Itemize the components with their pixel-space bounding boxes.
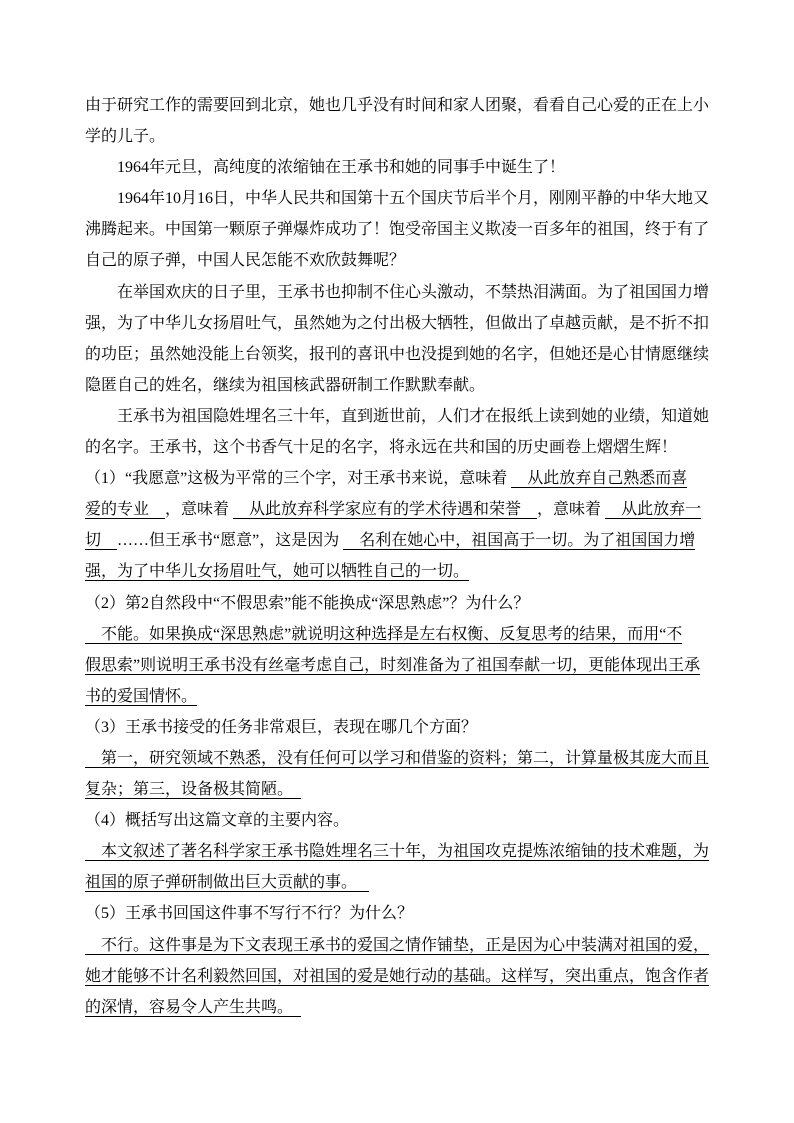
doc-line: 的深情，容易令人产生共鸣。 <box>85 992 713 1023</box>
doc-line: 的功臣；虽然她没能上台领奖，报刊的喜讯中也没提到她的名字，但她还是心甘情愿继续 <box>85 339 713 370</box>
answer-underline-text: 的深情，容易令人产生共鸣。 <box>85 999 301 1017</box>
text-run: 自己的原子弹，中国人民怎能不欢欣鼓舞呢？ <box>85 252 405 269</box>
doc-line: 她才能够不计名利毅然回国，对祖国的爱是她行动的基础。这样写，突出重点，饱含作者 <box>85 961 713 992</box>
doc-line: 祖国的原子弹研制做出巨大贡献的事。 <box>85 867 713 898</box>
doc-line: 自己的原子弹，中国人民怎能不欢欣鼓舞呢？ <box>85 245 713 276</box>
answer-underline-text: 从此放弃一 <box>605 501 701 519</box>
doc-line: 强，为了中华儿女扬眉吐气，虽然她为之付出极大牺牲，但做出了卓越贡献，是不折不扣 <box>85 308 713 339</box>
doc-line: 复杂；第三，设备极其简陋。 <box>85 774 713 805</box>
document-body: 由于研究工作的需要回到北京，她也几乎没有时间和家人团聚，看看自己心爱的正在上小学… <box>85 90 713 1023</box>
doc-line: （2）第2自然段中“不假思索”能不能换成“深思熟虑”？为什么？ <box>85 588 713 619</box>
text-run: 学的儿子。 <box>85 128 165 145</box>
answer-underline-text: 假思索”则说明王承书没有丝毫考虑自己，时刻准备为了祖国奉献一切，更能体现出王承 <box>85 657 700 675</box>
text-run: （2）第2自然段中“不假思索”能不能换成“深思熟虑”？为什么？ <box>85 595 529 612</box>
text-run: 强，为了中华儿女扬眉吐气，虽然她为之付出极大牺牲，但做出了卓越贡献，是不折不扣 <box>85 315 709 332</box>
answer-underline-text: 强，为了中华儿女扬眉吐气，她可以牺牲自己的一切。 <box>85 563 469 581</box>
doc-line: （3）王承书接受的任务非常艰巨，表现在哪几个方面？ <box>85 712 713 743</box>
text-run: ，意味着 <box>165 501 233 518</box>
doc-line: 学的儿子。 <box>85 121 713 152</box>
doc-line: 1964年10月16日，中华人民共和国第十五个国庆节后半个月，刚刚平静的中华大地… <box>85 183 713 214</box>
doc-line: （4）概括写出这篇文章的主要内容。 <box>85 805 713 836</box>
doc-line: 爱的专业 ，意味着 从此放弃科学家应有的学术待遇和荣誉 ，意味着 从此放弃一 <box>85 494 713 525</box>
doc-line: 书的爱国情怀。 <box>85 681 713 712</box>
text-run: （3）王承书接受的任务非常艰巨，表现在哪几个方面？ <box>85 719 477 736</box>
answer-underline-text: 不能。如果换成“深思熟虑”就说明这种选择是左右权衡、反复思考的结果，而用“不 <box>85 626 682 644</box>
answer-underline-text: 祖国的原子弹研制做出巨大贡献的事。 <box>85 874 369 892</box>
answer-underline-text: 第一，研究领域不熟悉，没有任何可以学习和借鉴的资料；第二，计算量极其庞大而且 <box>85 750 709 768</box>
answer-underline-text: 名利在她心中，祖国高于一切。为了祖国国力增 <box>343 532 695 550</box>
doc-line: 王承书为祖国隐姓埋名三十年，直到逝世前，人们才在报纸上读到她的业绩，知道她 <box>85 401 713 432</box>
doc-line: 的名字。王承书，这个书香气十足的名字，将永远在共和国的历史画卷上熠熠生辉！ <box>85 432 713 463</box>
answer-underline-text: 书的爱国情怀。 <box>85 688 197 706</box>
doc-line: 本文叙述了著名科学家王承书隐姓埋名三十年，为祖国攻克提炼浓缩铀的技术难题，为 <box>85 836 713 867</box>
text-run: 1964年10月16日，中华人民共和国第十五个国庆节后半个月，刚刚平静的中华大地… <box>85 190 709 207</box>
answer-underline-text: 本文叙述了著名科学家王承书隐姓埋名三十年，为祖国攻克提炼浓缩铀的技术难题，为 <box>85 843 709 861</box>
answer-underline-text: 从此放弃自己熟悉而喜 <box>511 470 687 488</box>
doc-line: 不行。这件事是为下文表现王承书的爱国之情作铺垫，正是因为心中装满对祖国的爱， <box>85 930 713 961</box>
text-run: ……但王承书“愿意”，这是因为 <box>117 532 343 549</box>
doc-line: 1964年元旦，高纯度的浓缩铀在王承书和她的同事手中诞生了！ <box>85 152 713 183</box>
doc-line: 由于研究工作的需要回到北京，她也几乎没有时间和家人团聚，看看自己心爱的正在上小 <box>85 90 713 121</box>
answer-underline-text: 不行。这件事是为下文表现王承书的爱国之情作铺垫，正是因为心中装满对祖国的爱， <box>85 937 709 955</box>
answer-underline-text: 切 <box>85 532 117 550</box>
text-run: ，意味着 <box>537 501 605 518</box>
document-page: 由于研究工作的需要回到北京，她也几乎没有时间和家人团聚，看看自己心爱的正在上小学… <box>0 0 794 1123</box>
answer-underline-text: 复杂；第三，设备极其简陋。 <box>85 781 301 799</box>
answer-underline-text: 爱的专业 <box>85 501 165 519</box>
text-run: 的名字。王承书，这个书香气十足的名字，将永远在共和国的历史画卷上熠熠生辉！ <box>85 439 677 456</box>
answer-underline-text: 从此放弃科学家应有的学术待遇和荣誉 <box>233 501 537 519</box>
doc-line: （1）“我愿意”这极为平常的三个字，对王承书来说，意味着 从此放弃自己熟悉而喜 <box>85 463 713 494</box>
doc-line: 强，为了中华儿女扬眉吐气，她可以牺牲自己的一切。 <box>85 556 713 587</box>
doc-line: 不能。如果换成“深思熟虑”就说明这种选择是左右权衡、反复思考的结果，而用“不 <box>85 619 713 650</box>
text-run: 隐匿自己的姓名，继续为祖国核武器研制工作默默奉献。 <box>85 377 485 394</box>
text-run: （1）“我愿意”这极为平常的三个字，对王承书来说，意味着 <box>85 470 511 487</box>
doc-line: 切 ……但王承书“愿意”，这是因为 名利在她心中，祖国高于一切。为了祖国国力增 <box>85 525 713 556</box>
text-run: （5）王承书回国这件事不写行不行？为什么？ <box>85 905 413 922</box>
doc-line: （5）王承书回国这件事不写行不行？为什么？ <box>85 898 713 929</box>
doc-line: 隐匿自己的姓名，继续为祖国核武器研制工作默默奉献。 <box>85 370 713 401</box>
text-run: （4）概括写出这篇文章的主要内容。 <box>85 812 349 829</box>
text-run: 的功臣；虽然她没能上台领奖，报刊的喜讯中也没提到她的名字，但她还是心甘情愿继续 <box>85 346 709 363</box>
text-run: 在举国欢庆的日子里，王承书也抑制不住心头激动，不禁热泪满面。为了祖国国力增 <box>85 284 709 301</box>
text-run: 1964年元旦，高纯度的浓缩铀在王承书和她的同事手中诞生了！ <box>85 159 565 176</box>
doc-line: 在举国欢庆的日子里，王承书也抑制不住心头激动，不禁热泪满面。为了祖国国力增 <box>85 277 713 308</box>
text-run: 由于研究工作的需要回到北京，她也几乎没有时间和家人团聚，看看自己心爱的正在上小 <box>85 97 709 114</box>
doc-line: 第一，研究领域不熟悉，没有任何可以学习和借鉴的资料；第二，计算量极其庞大而且 <box>85 743 713 774</box>
answer-underline-text: 她才能够不计名利毅然回国，对祖国的爱是她行动的基础。这样写，突出重点，饱含作者 <box>85 968 709 986</box>
text-run: 王承书为祖国隐姓埋名三十年，直到逝世前，人们才在报纸上读到她的业绩，知道她 <box>85 408 709 425</box>
doc-line: 假思索”则说明王承书没有丝毫考虑自己，时刻准备为了祖国奉献一切，更能体现出王承 <box>85 650 713 681</box>
doc-line: 沸腾起来。中国第一颗原子弹爆炸成功了！饱受帝国主义欺凌一百多年的祖国，终于有了 <box>85 214 713 245</box>
text-run: 沸腾起来。中国第一颗原子弹爆炸成功了！饱受帝国主义欺凌一百多年的祖国，终于有了 <box>85 221 709 238</box>
